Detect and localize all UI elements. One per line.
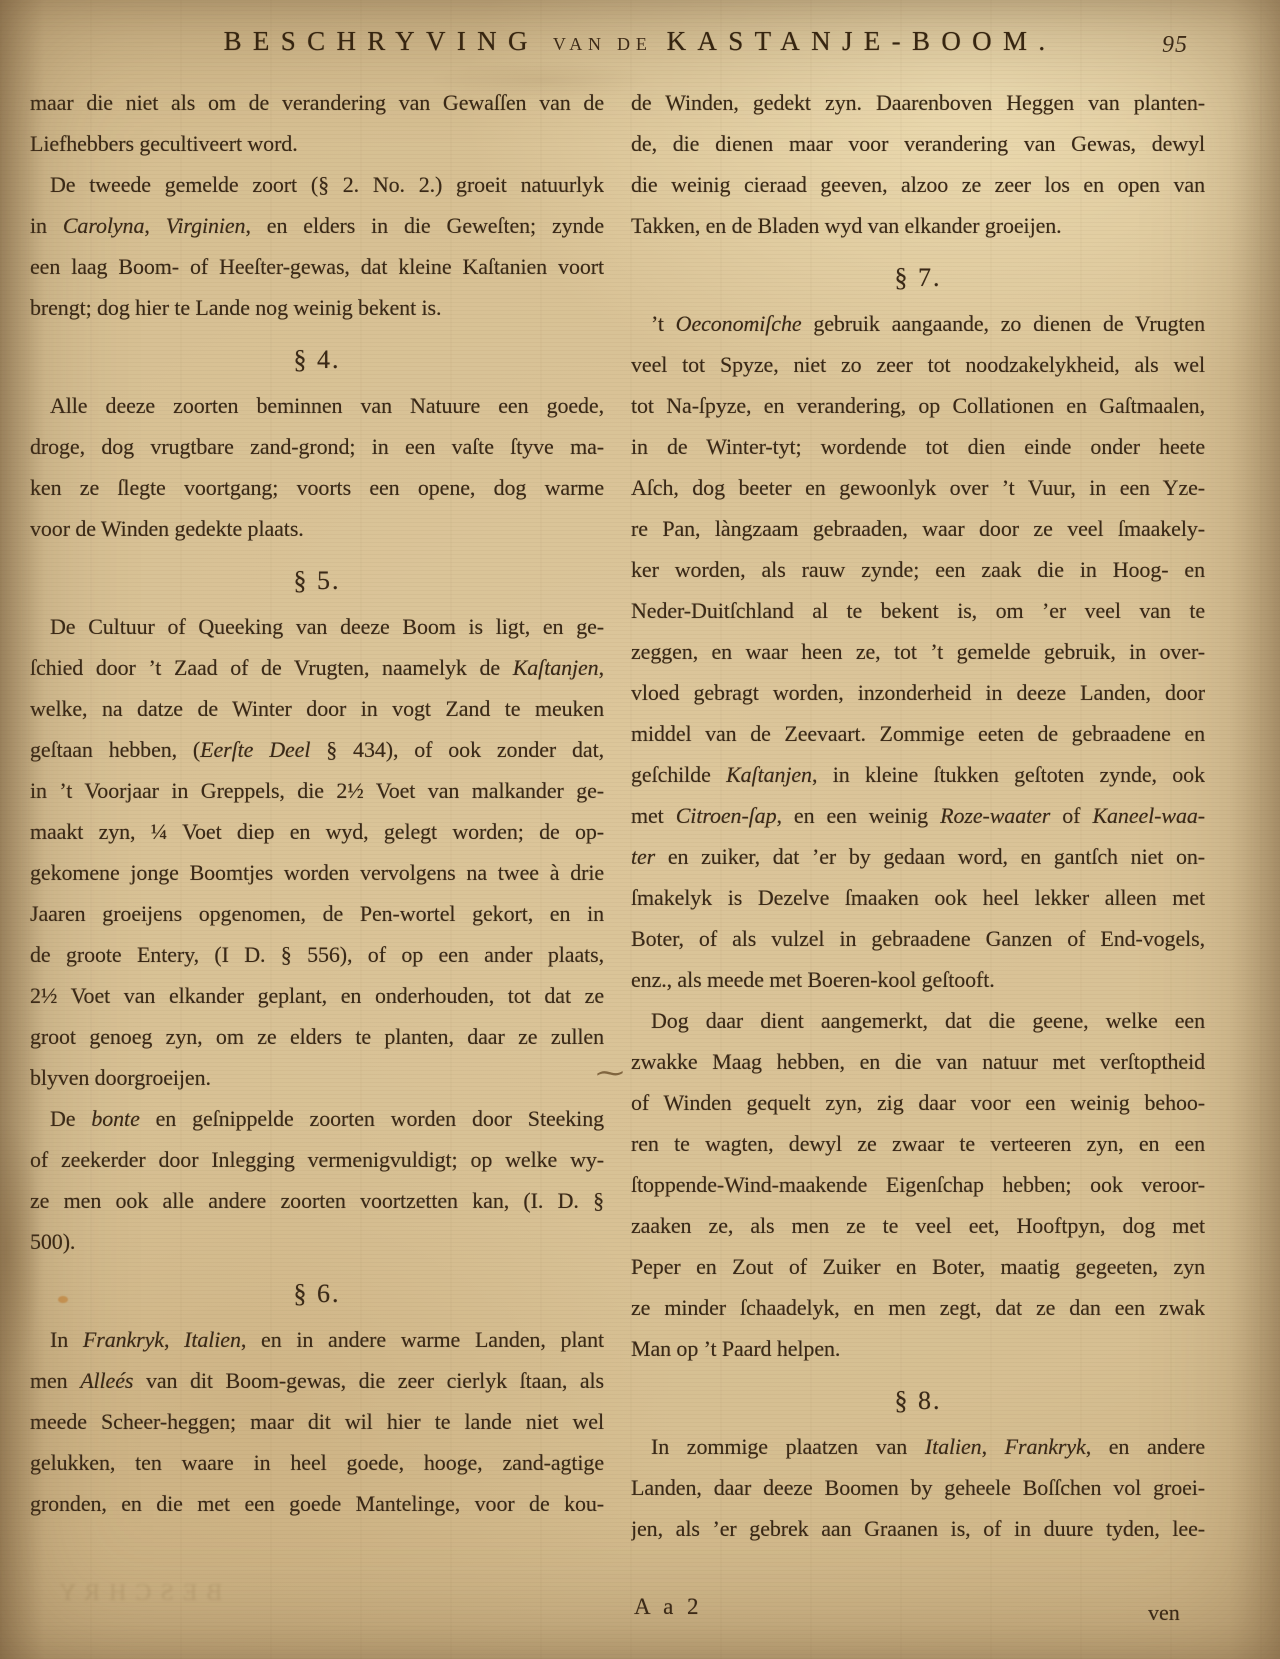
text-line: gronden, en die met een goede Mantelinge… <box>30 1483 604 1524</box>
text-line: zwakke Maag hebben, en die van natuur me… <box>631 1041 1205 1082</box>
text-line: enz., als meede met Boeren-kool geſtooft… <box>631 959 1205 1000</box>
show-through-ghost-text: BESCHRY <box>50 1580 222 1607</box>
text-line: ’t Oeconomiſche gebruik aangaande, zo di… <box>631 303 1205 344</box>
catchword: ven <box>1148 1600 1180 1626</box>
book-page: BESCHRYVING van de KASTANJE-BOOM. 95 maa… <box>0 0 1280 1659</box>
text-line: groot genoeg zyn, om ze elders te plante… <box>30 1016 604 1057</box>
right-column: de Winden, gedekt zyn. Daarenboven Hegge… <box>631 82 1205 1549</box>
margin-mark: ⁓ <box>596 1056 624 1090</box>
paragraph: de Winden, gedekt zyn. Daarenboven Hegge… <box>631 82 1205 246</box>
text-line: men Alleés van dit Boom-gewas, die zeer … <box>30 1360 604 1401</box>
text-line: De Cultuur of Queeking van deeze Boom is… <box>30 606 604 647</box>
text-line: in de Winter-tyt; wordende tot dien eind… <box>631 426 1205 467</box>
text-line: 500). <box>30 1221 604 1262</box>
text-line: gelukken, ten waare in heel goede, hooge… <box>30 1442 604 1483</box>
text-line: in Carolyna, Virginien, en elders in die… <box>30 205 604 246</box>
text-line: tot Na-ſpyze, en verandering, op Collati… <box>631 385 1205 426</box>
text-line: vloed gebragt worden, inzonderheid in de… <box>631 672 1205 713</box>
text-line: ze minder ſchaadelyk, en men zegt, dat z… <box>631 1287 1205 1328</box>
paragraph: In Frankryk, Italien, en in andere warme… <box>30 1319 604 1524</box>
page-header: BESCHRYVING van de KASTANJE-BOOM. 95 <box>0 0 1280 57</box>
text-line: geſchilde Kaſtanjen, in kleine ſtukken g… <box>631 754 1205 795</box>
page-number: 95 <box>1162 32 1188 59</box>
text-line: of Winden gequelt zyn, zig daar voor een… <box>631 1082 1205 1123</box>
text-line: brengt; dog hier te Lande nog weinig bek… <box>30 287 604 328</box>
text-line: droge, dog vrugtbare zand-grond; in een … <box>30 426 604 467</box>
text-line: ter en zuiker, dat ’er by gedaan word, e… <box>631 836 1205 877</box>
paragraph: ’t Oeconomiſche gebruik aangaande, zo di… <box>631 303 1205 1000</box>
text-line: met Citroen-ſap, en een weinig Roze-waat… <box>631 795 1205 836</box>
text-line: Dog daar dient aangemerkt, dat die geene… <box>631 1000 1205 1041</box>
text-line: 2½ Voet van elkander geplant, en onderho… <box>30 975 604 1016</box>
text-line: Liefhebbers gecultiveert word. <box>30 123 604 164</box>
text-line: Neder-Duitſchland al te bekent is, om ’e… <box>631 590 1205 631</box>
text-line: ker worden, als rauw zynde; een zaak die… <box>631 549 1205 590</box>
text-line: ken ze ſlegte voortgang; voorts een open… <box>30 467 604 508</box>
section-heading: § 6. <box>30 1273 604 1314</box>
text-line: maakt zyn, ¼ Voet diep en wyd, gelegt wo… <box>30 811 604 852</box>
text-line: Takken, en de Bladen wyd van elkander gr… <box>631 205 1205 246</box>
text-line: Landen, daar deeze Boomen by geheele Boſ… <box>631 1467 1205 1508</box>
paragraph: De bonte en geſnippelde zoorten worden d… <box>30 1098 604 1262</box>
text-line: Man op ’t Paard helpen. <box>631 1328 1205 1369</box>
text-line: Boter, of als vulzel in gebraadene Ganze… <box>631 918 1205 959</box>
text-line: Peper en Zout of Zuiker en Boter, maatig… <box>631 1246 1205 1287</box>
text-line: Aſch, dog beeter en gewoonlyk over ’t Vu… <box>631 467 1205 508</box>
paragraph: maar die niet als om de verandering van … <box>30 82 604 164</box>
section-heading: § 4. <box>30 339 604 380</box>
text-line: In zommige plaatzen van Italien, Frankry… <box>631 1426 1205 1467</box>
text-line: of zeekerder door Inlegging vermenigvuld… <box>30 1139 604 1180</box>
paragraph: Alle deeze zoorten beminnen van Natuure … <box>30 385 604 549</box>
text-line: de groote Entery, (I D. § 556), of op ee… <box>30 934 604 975</box>
gathering-signature: A a 2 <box>634 1594 703 1620</box>
text-line: re Pan, làngzaam gebraaden, waar door ze… <box>631 508 1205 549</box>
text-line: De bonte en geſnippelde zoorten worden d… <box>30 1098 604 1139</box>
text-columns: maar die niet als om de verandering van … <box>30 82 1205 1549</box>
paragraph: In zommige plaatzen van Italien, Frankry… <box>631 1426 1205 1549</box>
text-line: zeggen, en waar heen ze, tot ’t gemelde … <box>631 631 1205 672</box>
text-line: ſchied door ’t Zaad of de Vrugten, naame… <box>30 647 604 688</box>
text-line: Alle deeze zoorten beminnen van Natuure … <box>30 385 604 426</box>
page-title-connector: van de <box>553 34 653 54</box>
text-line: een laag Boom- of Heeſter-gewas, dat kle… <box>30 246 604 287</box>
page-title-subject: KASTANJE-BOOM. <box>667 26 1057 56</box>
section-heading: § 7. <box>631 257 1205 298</box>
text-line: gekomene jonge Boomtjes worden vervolgen… <box>30 852 604 893</box>
text-line: Jaaren groeijens opgenomen, de Pen-worte… <box>30 893 604 934</box>
text-line: in ’t Voorjaar in Greppels, die 2½ Voet … <box>30 770 604 811</box>
text-line: die weinig cieraad geeven, alzoo ze zeer… <box>631 164 1205 205</box>
text-line: De tweede gemelde zoort (§ 2. No. 2.) gr… <box>30 164 604 205</box>
paragraph: Dog daar dient aangemerkt, dat die geene… <box>631 1000 1205 1369</box>
section-heading: § 5. <box>30 560 604 601</box>
text-line: ſmakelyk is Dezelve ſmaaken ook heel lek… <box>631 877 1205 918</box>
text-line: de Winden, gedekt zyn. Daarenboven Hegge… <box>631 82 1205 123</box>
text-line: In Frankryk, Italien, en in andere warme… <box>30 1319 604 1360</box>
text-line: blyven doorgroeijen. <box>30 1057 604 1098</box>
text-line: meede Scheer-heggen; maar dit wil hier t… <box>30 1401 604 1442</box>
text-line: voor de Winden gedekte plaats. <box>30 508 604 549</box>
text-line: ren te wagten, dewyl ze zwaar te verteer… <box>631 1123 1205 1164</box>
text-line: veel tot Spyze, niet zo zeer tot noodzak… <box>631 344 1205 385</box>
text-line: geſtaan hebben, (Eerſte Deel § 434), of … <box>30 729 604 770</box>
text-line: middel van de Zeevaart. Zommige eeten de… <box>631 713 1205 754</box>
text-line: jen, als ’er gebrek aan Graanen is, of i… <box>631 1508 1205 1549</box>
text-line: maar die niet als om de verandering van … <box>30 82 604 123</box>
page-title-main: BESCHRYVING <box>224 26 539 56</box>
paragraph: De tweede gemelde zoort (§ 2. No. 2.) gr… <box>30 164 604 328</box>
text-line: zaaken ze, als men ze te veel eet, Hooft… <box>631 1205 1205 1246</box>
section-heading: § 8. <box>631 1380 1205 1421</box>
text-line: welke, na datze de Winter door in vogt Z… <box>30 688 604 729</box>
text-line: ze men ook alle andere zoorten voortzett… <box>30 1180 604 1221</box>
paragraph: De Cultuur of Queeking van deeze Boom is… <box>30 606 604 1098</box>
left-column: maar die niet als om de verandering van … <box>30 82 604 1549</box>
text-line: ſtoppende-Wind-maakende Eigenſchap hebbe… <box>631 1164 1205 1205</box>
text-line: de, die dienen maar voor verandering van… <box>631 123 1205 164</box>
